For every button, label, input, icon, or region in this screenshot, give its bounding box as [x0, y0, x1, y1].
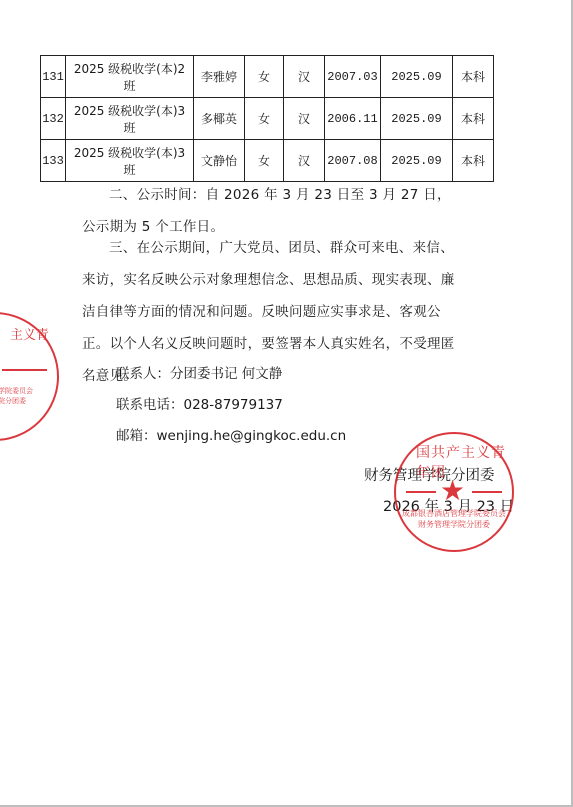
cell-gender: 女 — [245, 140, 284, 182]
cell-enroll: 2025.09 — [381, 98, 453, 140]
stamp-inner-text: 成都银杏酒店管理学院委员会 财务管理学院分团委 — [396, 508, 512, 530]
cell-class: 2025 级税收学(本)2 班 — [66, 56, 194, 98]
cell-ethnicity: 汉 — [284, 56, 325, 98]
cell-no: 133 — [41, 140, 66, 182]
cell-class: 2025 级税收学(本)3 班 — [66, 140, 194, 182]
cell-ethnicity: 汉 — [284, 140, 325, 182]
contact-phone: 联系电话：028-87979137 — [116, 393, 283, 413]
stamp-rule-left — [406, 491, 436, 493]
stamp-rule-right — [472, 491, 502, 493]
stamp-inner-text: 理学院委员会 院分团委 — [0, 386, 52, 406]
cell-birth: 2007.03 — [325, 56, 381, 98]
cell-gender: 女 — [245, 56, 284, 98]
cell-level: 本科 — [453, 56, 494, 98]
cell-no: 131 — [41, 56, 66, 98]
cell-name: 文静怡 — [194, 140, 245, 182]
stamp-arc-text: 主义青 — [10, 324, 49, 343]
cell-ethnicity: 汉 — [284, 98, 325, 140]
stamp-rule — [2, 369, 47, 371]
cell-class: 2025 级税收学(本)3 班 — [66, 98, 194, 140]
cell-gender: 女 — [245, 98, 284, 140]
official-stamp: 国共产主义青年团 ★ 成都银杏酒店管理学院委员会 财务管理学院分团委 — [394, 432, 514, 552]
cell-level: 本科 — [453, 98, 494, 140]
cell-name: 李雅婷 — [194, 56, 245, 98]
cell-no: 132 — [41, 98, 66, 140]
cell-name: 多椰英 — [194, 98, 245, 140]
cell-enroll: 2025.09 — [381, 56, 453, 98]
contact-email[interactable]: 邮箱：wenjing.he@gingkoc.edu.cn — [116, 424, 346, 444]
table-row: 132 2025 级税收学(本)3 班 多椰英 女 汉 2006.11 2025… — [41, 98, 494, 140]
contact-person: 联系人：分团委书记 何文静 — [116, 362, 282, 382]
roster-table: 131 2025 级税收学(本)2 班 李雅婷 女 汉 2007.03 2025… — [40, 55, 494, 182]
star-icon: ★ — [440, 474, 465, 507]
cell-birth: 2007.08 — [325, 140, 381, 182]
cell-enroll: 2025.09 — [381, 140, 453, 182]
cell-level: 本科 — [453, 140, 494, 182]
table-row: 131 2025 级税收学(本)2 班 李雅婷 女 汉 2007.03 2025… — [41, 56, 494, 98]
cell-birth: 2006.11 — [325, 98, 381, 140]
table-row: 133 2025 级税收学(本)3 班 文静怡 女 汉 2007.08 2025… — [41, 140, 494, 182]
left-partial-stamp: 主义青 理学院委员会 院分团委 — [0, 312, 59, 441]
